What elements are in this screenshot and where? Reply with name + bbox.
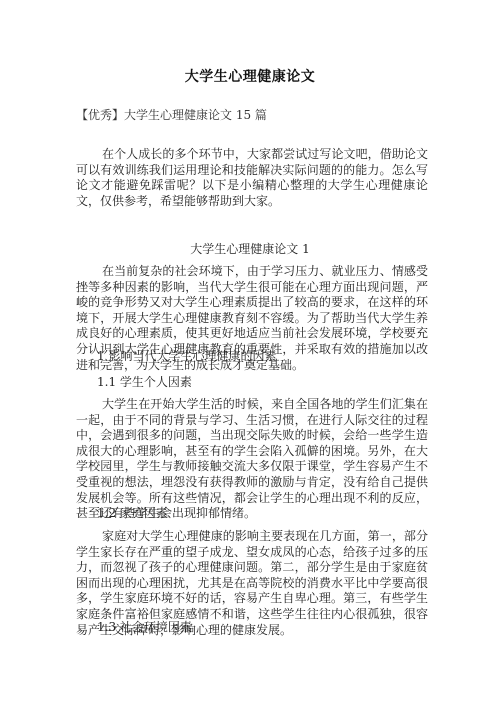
- document-subtitle: 【优秀】大学生心理健康论文 15 篇: [76, 106, 267, 123]
- intro-paragraph: 在个人成长的多个环节中，大家都尝试过写论文吧，借助论文可以有效训练我们运用理论和…: [76, 147, 428, 209]
- document-page: 大学生心理健康论文 【优秀】大学生心理健康论文 15 篇 在个人成长的多个环节中…: [0, 0, 500, 708]
- heading-1-2: 1.2 家庭因素: [97, 504, 168, 521]
- document-title: 大学生心理健康论文: [0, 66, 500, 86]
- heading-1-1: 1.1 学生个人因素: [97, 373, 192, 390]
- section-title: 大学生心理健康论文 1: [0, 240, 500, 257]
- heading-1: 1 影响当代大学生心理健康的因素: [97, 347, 276, 364]
- heading-1-3: 1.3 社会环境因素: [97, 618, 192, 635]
